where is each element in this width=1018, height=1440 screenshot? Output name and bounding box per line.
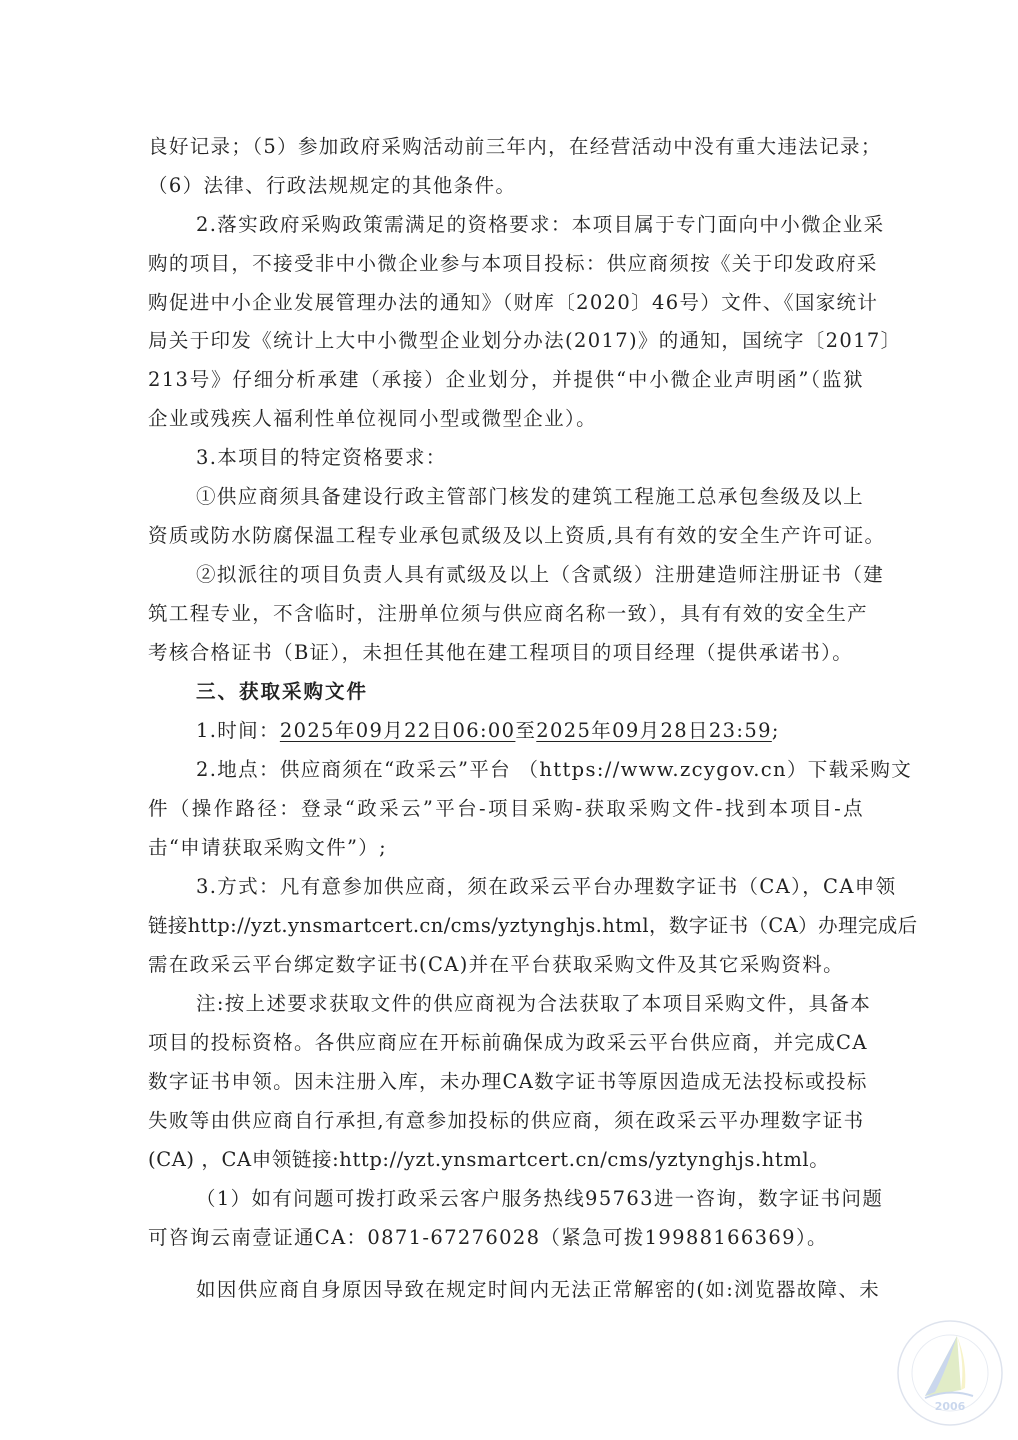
paragraph-line: 项目的投标资格。各供应商应在开标前确保成为政采云平台供应商，并完成CA (148, 1029, 864, 1057)
time-label: 1.时间： (196, 719, 280, 742)
time-separator: 至 (515, 719, 536, 742)
time-suffix: ; (772, 719, 780, 742)
paragraph-line: 击“申请获取采购文件”）; (148, 834, 864, 862)
paragraph-line: ①供应商须具备建设行政主管部门核发的建筑工程施工总承包叁级及以上 (196, 483, 864, 511)
paragraph-line: 购促进中小企业发展管理办法的通知》（财库〔2020〕46号）文件、《国家统计 (148, 289, 864, 317)
start-datetime: 2025年09月22日06:00 (280, 719, 516, 742)
paragraph-line: 链接http://yzt.ynsmartcert.cn/cms/yztynghj… (148, 912, 864, 940)
paragraph-line: (CA) ，CA申领链接:http://yzt.ynsmartcert.cn/c… (148, 1146, 864, 1174)
paragraph-line: 数字证书申领。因未注册入库，未办理CA数字证书等原因造成无法投标或投标 (148, 1068, 864, 1096)
document-page: 良好记录；（5）参加政府采购活动前三年内，在经营活动中没有重大违法记录； （6）… (0, 0, 1018, 1440)
paragraph-line: 3.方式：凡有意参加供应商，须在政采云平台办理数字证书（CA），CA申领 (196, 873, 864, 901)
paragraph-line: （6）法律、行政法规规定的其他条件。 (148, 172, 864, 200)
end-datetime: 2025年09月28日23:59 (536, 719, 772, 742)
paragraph-line: 213号》仔细分析承建（承接）企业划分，并提供“中小微企业声明函”（监狱 (148, 366, 864, 394)
paragraph-line: 如因供应商自身原因导致在规定时间内无法正常解密的(如:浏览器故障、未 (196, 1276, 864, 1304)
paragraph-line: 筑工程专业，不含临时，注册单位须与供应商名称一致），具有有效的安全生产 (148, 600, 864, 628)
paragraph-line: 企业或残疾人福利性单位视同小型或微型企业）。 (148, 405, 864, 433)
paragraph-line: 资质或防水防腐保温工程专业承包贰级及以上资质,具有有效的安全生产许可证。 (148, 522, 864, 550)
paragraph-line: 购的项目，不接受非中小微企业参与本项目投标：供应商须按《关于印发政府采 (148, 250, 864, 278)
paragraph-line: 良好记录；（5）参加政府采购活动前三年内，在经营活动中没有重大违法记录； (148, 133, 864, 161)
section-heading: 三、获取采购文件 (196, 678, 864, 706)
svg-text:2006: 2006 (935, 1400, 966, 1413)
paragraph-line: 考核合格证书（B证），未担任其他在建工程项目的项目经理（提供承诺书）。 (148, 639, 864, 667)
paragraph-line: 2.地点：供应商须在“政采云”平台 （https://www.zcygov.cn… (196, 756, 864, 784)
paragraph-line: 局关于印发《统计上大中小微型企业划分办法(2017)》的通知，国统字〔2017〕 (148, 327, 864, 355)
paragraph-line: 注:按上述要求获取文件的供应商视为合法获取了本项目采购文件，具备本 (196, 990, 864, 1018)
paragraph-line: ②拟派往的项目负责人具有贰级及以上（含贰级）注册建造师注册证书（建 (196, 561, 864, 589)
paragraph-line: 需在政采云平台绑定数字证书(CA)并在平台获取采购文件及其它采购资料。 (148, 951, 864, 979)
time-line: 1.时间：2025年09月22日06:00至2025年09月28日23:59; (196, 717, 864, 745)
paragraph-line: （1）如有问题可拨打政采云客户服务热线95763进一咨询，数字证书问题 (196, 1185, 864, 1213)
paragraph-line: 失败等由供应商自行承担,有意参加投标的供应商，须在政采云平办理数字证书 (148, 1107, 864, 1135)
paragraph-line: 2.落实政府采购政策需满足的资格要求：本项目属于专门面向中小微企业采 (196, 211, 864, 239)
paragraph-line: 3.本项目的特定资格要求： (196, 444, 864, 472)
paragraph-line: 可咨询云南壹证通CA：0871-67276028（紧急可拨19988166369… (148, 1224, 864, 1252)
paragraph-line: 件（操作路径：登录“政采云”平台-项目采购-获取采购文件-找到本项目-点 (148, 795, 864, 823)
school-emblem-icon: 2006 (895, 1318, 1005, 1428)
